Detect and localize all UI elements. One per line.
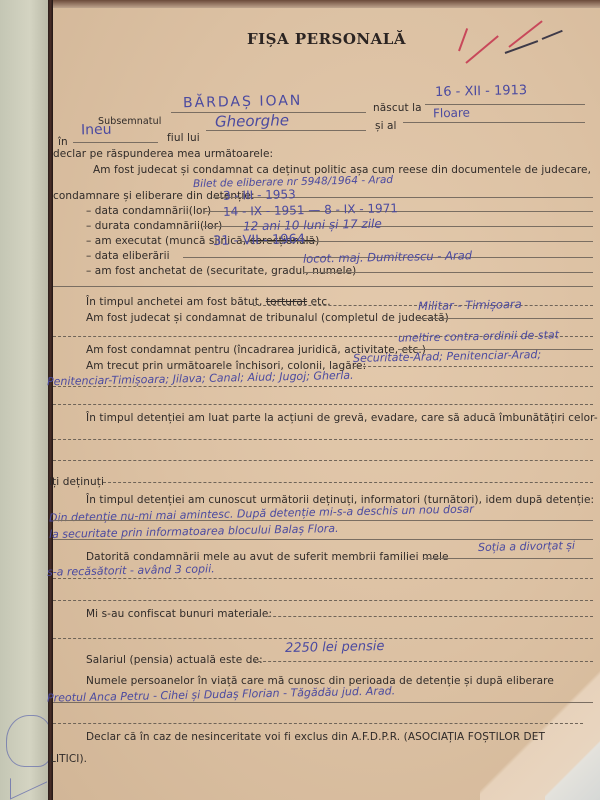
pentru-value: uneltire contra ordinii de stat — [398, 328, 559, 344]
declar-text: declar pe răspunderea mea următoarele: — [53, 148, 273, 160]
anchetat-value: locot. maj. Dumitrescu - Arad — [303, 248, 472, 266]
salariu-label: Salariul (pensia) actuală este de: — [86, 654, 263, 666]
name-value: BĂRDAȘ IOAN — [183, 93, 303, 111]
tribunal-value: Militar - Timișoara — [418, 297, 522, 313]
si-al-label: și al — [375, 120, 397, 132]
birthplace-value: Ineu — [81, 122, 112, 139]
data-cond-value: 3 - III - 1953 — [223, 187, 296, 203]
greva-label-cont: lți deținuți — [49, 476, 104, 488]
underline — [53, 386, 593, 387]
batut-struck-text: torturat — [266, 296, 307, 308]
nascut-label: născut la — [373, 102, 422, 114]
underline — [53, 702, 593, 703]
birth-date-value: 16 - XII - 1913 — [435, 83, 527, 100]
underline — [53, 439, 593, 440]
in-label: în — [58, 136, 68, 148]
underline — [353, 366, 593, 367]
familie-label: Datorită condamnării mele au avut de suf… — [86, 551, 449, 563]
fiul-label: fiul lui — [167, 132, 200, 144]
eliberare-value: 31 - VII - 1964 — [213, 232, 305, 249]
executat-value: 12 ani 10 luni și 17 zile — [243, 217, 382, 234]
mother-value: Floare — [433, 106, 470, 121]
final-declaration: Declar că în caz de nesinceritate voi fi… — [86, 731, 545, 743]
bunuri-label: Mi s-au confiscat bunuri materiale: — [86, 608, 272, 620]
batut-label-text: În timpul anchetei am fost bătut, — [86, 296, 266, 308]
data-cond-label: – data condamnării(lor) — [86, 205, 211, 217]
underline — [53, 723, 583, 724]
salariu-value: 2250 lei pensie — [285, 639, 385, 656]
underline — [423, 558, 593, 559]
batut-label-end: etc. — [307, 296, 331, 308]
underline — [53, 460, 593, 461]
stamp-mark — [6, 715, 52, 767]
durata-label: – durata condamnării(lor) — [86, 220, 222, 232]
batut-label: În timpul anchetei am fost bătut, tortur… — [86, 296, 331, 308]
underline — [53, 600, 593, 601]
page-title: FIȘA PERSONALĂ — [53, 30, 600, 48]
familie-value-1: Soția a divorțat și — [478, 539, 575, 554]
inchisori-value-1: Securitate-Arad; Penitenciar-Arad; — [353, 348, 541, 365]
underline — [425, 104, 585, 105]
folded-corner-underlay — [545, 740, 600, 800]
underline — [248, 616, 593, 617]
father-value: Gheorghe — [215, 111, 289, 131]
underline — [103, 482, 593, 483]
greva-label: În timpul detenției am luat parte la acț… — [86, 412, 598, 424]
left-page-edge — [0, 0, 50, 800]
tribunal-label: Am fost judecat și condamnat de tribunal… — [86, 312, 449, 324]
underline — [53, 578, 593, 579]
underline — [253, 661, 593, 662]
cunoscut-label: În timpul detenției am cunoscut următori… — [86, 494, 594, 506]
eliberare-label: – data eliberării — [86, 250, 170, 262]
anchetat-label: – am fost anchetat de (securitate, gradu… — [86, 265, 356, 277]
underline — [73, 142, 158, 143]
underline — [303, 272, 593, 273]
final-declaration-cont: LITICI). — [50, 753, 87, 765]
underline — [53, 638, 593, 639]
underline — [403, 122, 585, 123]
underline — [53, 404, 593, 405]
underline — [53, 520, 593, 521]
form-page: FIȘA PERSONALĂ Subsemnatul BĂRDAȘ IOAN n… — [53, 8, 600, 800]
familie-value-2: s-a recăsătorit - având 3 copii. — [47, 562, 215, 579]
underline — [418, 318, 593, 319]
underline — [53, 286, 593, 287]
